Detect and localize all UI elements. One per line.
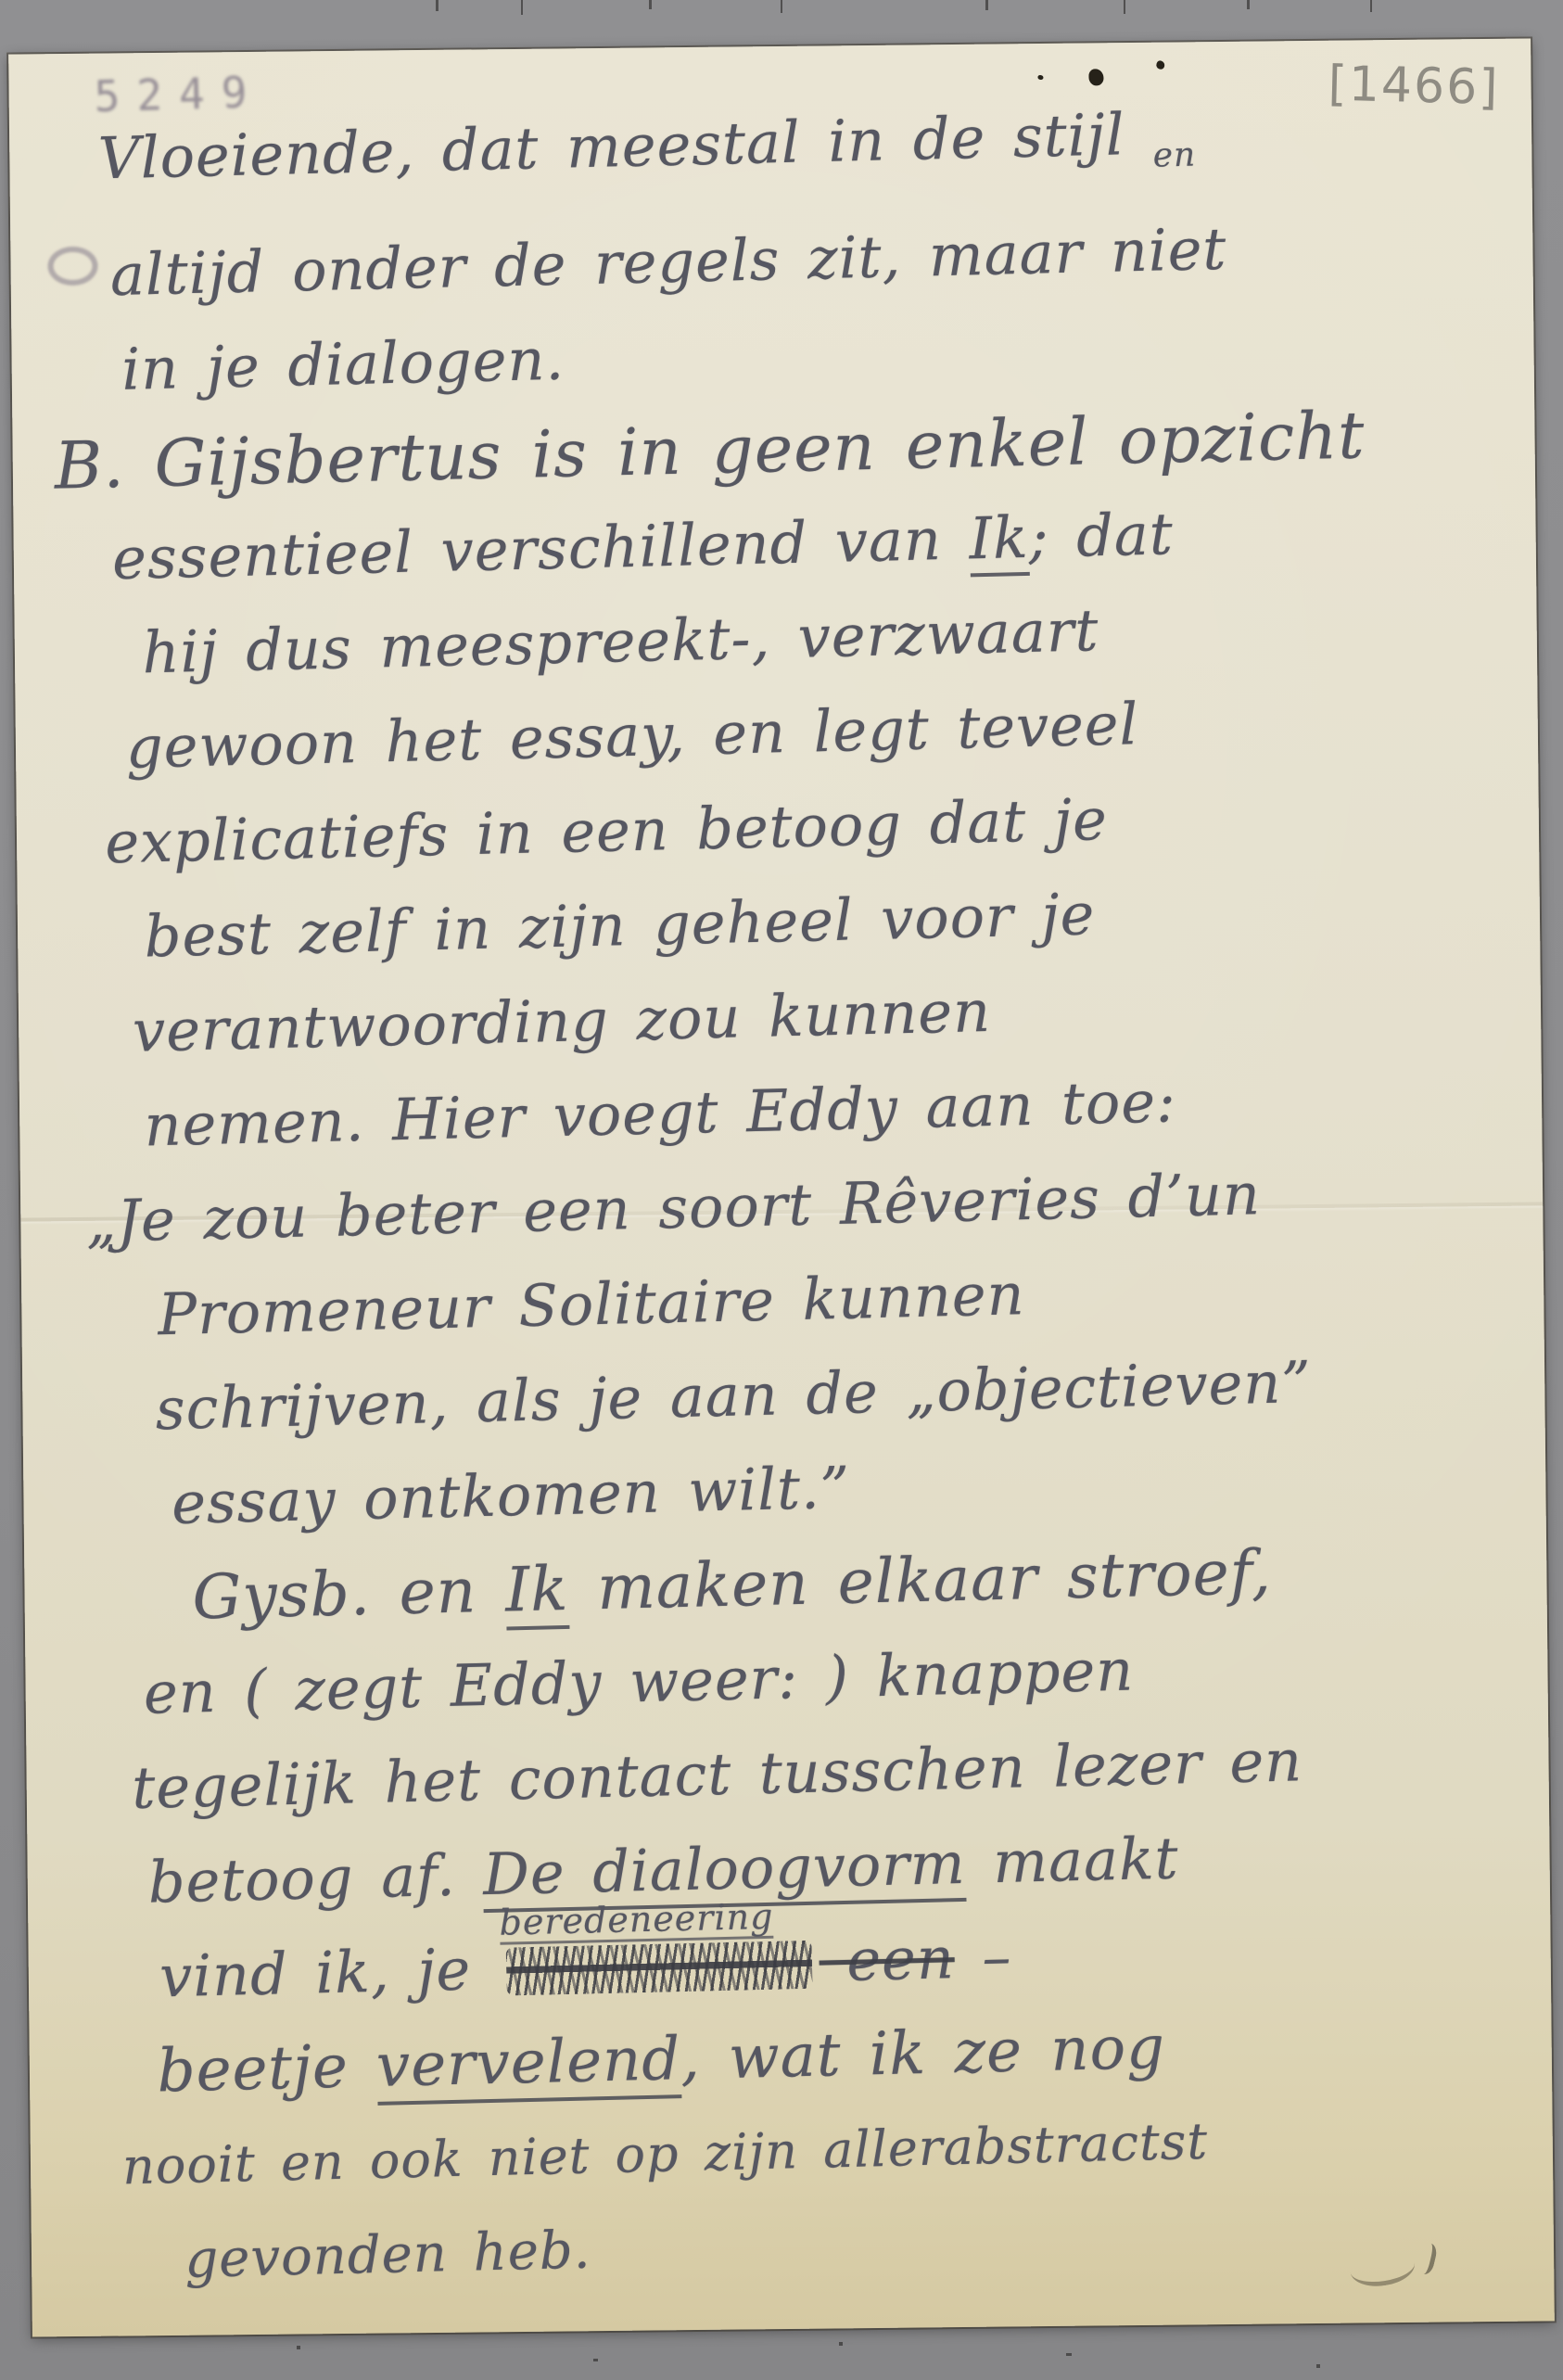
text-segment: best zelf in zijn geheel voor je — [144, 880, 1096, 970]
paper-hole — [1037, 75, 1043, 80]
text-segment: en ( zegt Eddy weer: ) knappen — [143, 1636, 1135, 1727]
text-segment: Vloeiende, dat meestal in de stijl — [97, 100, 1153, 193]
text-segment: maakt — [965, 1824, 1180, 1896]
scratched-out-word: beredeneering — [505, 1941, 812, 1996]
text-segment: gewoon het essay, en legt teveel — [125, 690, 1139, 782]
text-segment: vervelend — [375, 2025, 681, 2106]
text-segment: tegelijk het contact tusschen lezer en — [132, 1726, 1303, 1822]
text-segment: hij dus meespreekt-, verzwaart — [142, 596, 1099, 686]
text-segment: nemen. Hier voegt Eddy aan toe: — [144, 1067, 1177, 1159]
paper-hole — [1155, 59, 1165, 70]
text-segment: in je dialogen. — [121, 325, 565, 403]
text-segment: een — [819, 1924, 956, 1994]
text-segment: vind ik, je — [159, 1935, 499, 2011]
text-segment: schrijven, als je aan de „objectieven” — [155, 1348, 1313, 1443]
text-segment: verantwoording zou kunnen — [132, 977, 991, 1065]
text-segment: essay ontkomen wilt.” — [171, 1454, 851, 1537]
text-segment: „Je zou beter een soort Rêveries d’un — [85, 1160, 1261, 1255]
scanned-document: { "page": { "background_color": "#8c8c8e… — [0, 0, 1563, 2380]
text-segment: gevonden heb. — [184, 2221, 592, 2290]
text-segment: betoog af. — [147, 1840, 484, 1915]
text-segment: en — [1152, 136, 1196, 175]
text-segment: beetje — [157, 2032, 377, 2106]
manuscript-page: 5249 [1466] Vloeiende, dat meestal in de… — [8, 38, 1555, 2336]
inserted-word: beredeneering — [499, 1899, 774, 1945]
text-segment: Gysb. en — [192, 1555, 506, 1634]
paper-hole — [1088, 69, 1103, 85]
text-segment: Ik — [969, 503, 1030, 577]
text-segment: altijd onder de regels zit, maar niet — [109, 215, 1227, 309]
manuscript-text: Vloeiende, dat meestal in de stijl enalt… — [9, 78, 1555, 2310]
text-segment: nooit en ook niet op zijn allerabstracts… — [121, 2112, 1208, 2196]
text-segment: explicatiefs in een betoog dat je — [105, 785, 1109, 876]
text-segment: – — [954, 1923, 1012, 1992]
text-segment: ; dat — [1028, 500, 1175, 571]
text-segment: maken elkaar stroef, — [567, 1536, 1272, 1624]
text-segment: Promeneur Solitaire kunnen — [158, 1260, 1026, 1348]
text-segment: essentieel verschillend van — [111, 504, 970, 592]
text-segment: Ik — [504, 1553, 569, 1631]
text-segment: , wat ik ze nog — [680, 2014, 1166, 2094]
